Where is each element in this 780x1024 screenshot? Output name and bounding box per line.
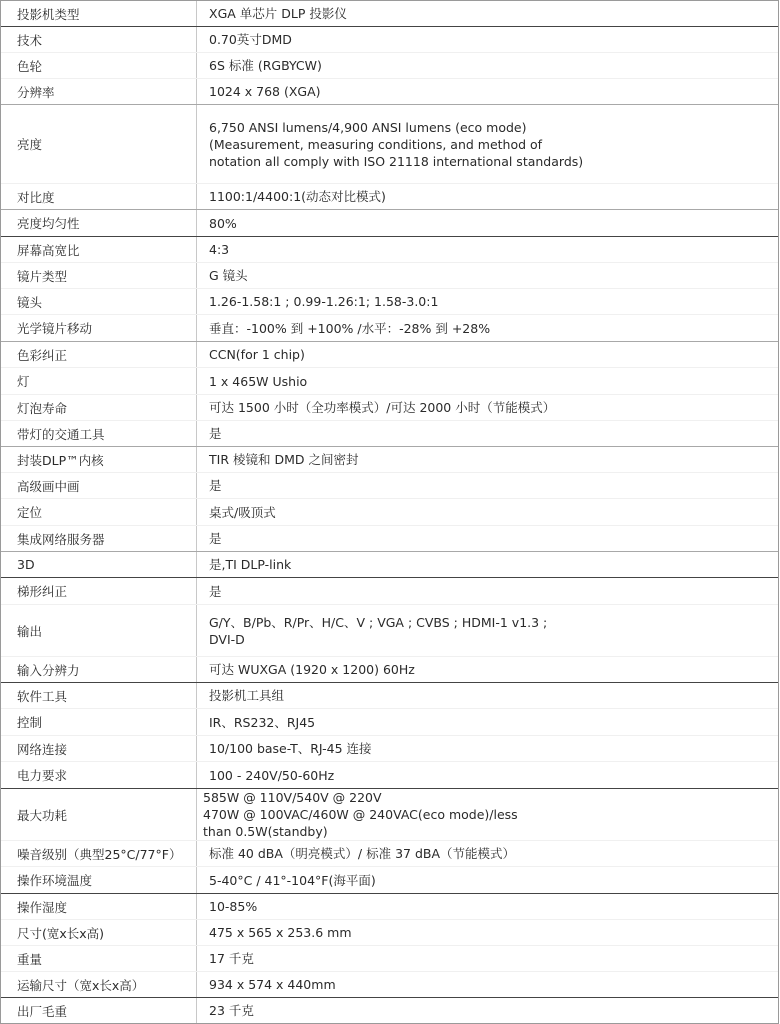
spec-value-line: CCN(for 1 chip) bbox=[209, 346, 305, 363]
spec-label: 出厂毛重 bbox=[1, 998, 197, 1023]
table-row: 定位桌式/吸顶式 bbox=[1, 499, 778, 526]
spec-value: 标准 40 dBA（明亮模式）/ 标准 37 dBA（节能模式） bbox=[197, 841, 778, 866]
spec-value-line: 可达 WUXGA (1920 x 1200) 60Hz bbox=[209, 661, 415, 678]
spec-label: 3D bbox=[1, 552, 197, 577]
spec-value-line: 是 bbox=[209, 477, 222, 494]
spec-value: 垂直：-100% 到 +100% /水平：-28% 到 +28% bbox=[197, 315, 778, 341]
table-row: 屏幕高宽比4:3 bbox=[1, 237, 778, 263]
table-row: 镜片类型G 镜头 bbox=[1, 263, 778, 289]
spec-label: 最大功耗 bbox=[1, 789, 197, 840]
spec-value: 475 x 565 x 253.6 mm bbox=[197, 920, 778, 945]
spec-value: 1.26-1.58:1 ; 0.99-1.26:1; 1.58-3.0:1 bbox=[197, 289, 778, 314]
spec-value-line: IR、RS232、RJ45 bbox=[209, 714, 315, 731]
spec-value-line: than 0.5W(standby) bbox=[203, 823, 518, 840]
spec-value: 934 x 574 x 440mm bbox=[197, 972, 778, 997]
spec-value-line: G/Y、B/Pb、R/Pr、H/C、V ; VGA ; CVBS ; HDMI-… bbox=[209, 614, 547, 631]
table-row: 光学镜片移动垂直：-100% 到 +100% /水平：-28% 到 +28% bbox=[1, 315, 778, 342]
table-row: 网络连接10/100 base-T、RJ-45 连接 bbox=[1, 736, 778, 762]
spec-value-line: 470W @ 100VAC/460W @ 240VAC(eco mode)/le… bbox=[203, 806, 518, 823]
table-row: 梯形纠正是 bbox=[1, 578, 778, 605]
spec-label: 技术 bbox=[1, 27, 197, 52]
spec-value: CCN(for 1 chip) bbox=[197, 342, 778, 367]
table-row: 封装DLP™内核TIR 棱镜和 DMD 之间密封 bbox=[1, 447, 778, 473]
spec-value: 1100:1/4400:1(动态对比模式) bbox=[197, 184, 778, 209]
spec-value-line: 10-85% bbox=[209, 898, 257, 915]
table-row: 软件工具投影机工具组 bbox=[1, 683, 778, 709]
spec-value: 585W @ 110V/540V @ 220V470W @ 100VAC/460… bbox=[197, 789, 778, 840]
table-row: 输出G/Y、B/Pb、R/Pr、H/C、V ; VGA ; CVBS ; HDM… bbox=[1, 605, 778, 657]
spec-label: 尺寸(宽x长x高) bbox=[1, 920, 197, 945]
table-row: 亮度均匀性80% bbox=[1, 210, 778, 237]
spec-value-line: 是,TI DLP-link bbox=[209, 556, 291, 573]
spec-label: 网络连接 bbox=[1, 736, 197, 761]
spec-value-line: 是 bbox=[209, 530, 222, 547]
spec-label: 重量 bbox=[1, 946, 197, 971]
table-row: 电力要求100 - 240V/50-60Hz bbox=[1, 762, 778, 789]
spec-value-line: 垂直：-100% 到 +100% /水平：-28% 到 +28% bbox=[209, 320, 490, 337]
spec-value-line: 可达 1500 小时（全功率模式）/可达 2000 小时（节能模式） bbox=[209, 399, 555, 416]
spec-label: 灯 bbox=[1, 368, 197, 394]
table-row: 出厂毛重23 千克 bbox=[1, 998, 778, 1023]
spec-label: 屏幕高宽比 bbox=[1, 237, 197, 262]
spec-label: 梯形纠正 bbox=[1, 578, 197, 604]
table-row: 亮度6,750 ANSI lumens/4,900 ANSI lumens (e… bbox=[1, 105, 778, 184]
spec-value: 是 bbox=[197, 473, 778, 498]
spec-value: 17 千克 bbox=[197, 946, 778, 971]
table-row: 技术0.70英寸DMD bbox=[1, 27, 778, 53]
spec-value-line: 585W @ 110V/540V @ 220V bbox=[203, 789, 518, 806]
spec-label: 对比度 bbox=[1, 184, 197, 209]
spec-value-line: 4:3 bbox=[209, 241, 229, 258]
spec-label: 分辨率 bbox=[1, 79, 197, 104]
spec-value-line: 是 bbox=[209, 583, 222, 600]
spec-label: 带灯的交通工具 bbox=[1, 421, 197, 446]
spec-value-line: 934 x 574 x 440mm bbox=[209, 976, 336, 993]
table-row: 噪音级别（典型25°C/77°F）标准 40 dBA（明亮模式）/ 标准 37 … bbox=[1, 841, 778, 867]
spec-label: 输出 bbox=[1, 605, 197, 656]
spec-value-line: 1 x 465W Ushio bbox=[209, 373, 307, 390]
spec-value-line: notation all comply with ISO 21118 inter… bbox=[209, 153, 583, 170]
table-row: 分辨率1024 x 768 (XGA) bbox=[1, 79, 778, 105]
spec-value: 1024 x 768 (XGA) bbox=[197, 79, 778, 104]
spec-label: 灯泡寿命 bbox=[1, 395, 197, 420]
spec-label: 操作湿度 bbox=[1, 894, 197, 919]
spec-value: 10-85% bbox=[197, 894, 778, 919]
spec-label: 封装DLP™内核 bbox=[1, 447, 197, 472]
table-row: 高级画中画是 bbox=[1, 473, 778, 499]
spec-label: 运输尺寸（宽x长x高） bbox=[1, 972, 197, 997]
spec-value: 是 bbox=[197, 421, 778, 446]
table-row: 重量17 千克 bbox=[1, 946, 778, 972]
spec-value: 投影机工具组 bbox=[197, 683, 778, 708]
spec-value-line: 100 - 240V/50-60Hz bbox=[209, 767, 334, 784]
spec-label: 亮度均匀性 bbox=[1, 210, 197, 236]
spec-label: 亮度 bbox=[1, 105, 197, 183]
table-row: 灯泡寿命可达 1500 小时（全功率模式）/可达 2000 小时（节能模式） bbox=[1, 395, 778, 421]
spec-value-line: 1.26-1.58:1 ; 0.99-1.26:1; 1.58-3.0:1 bbox=[209, 293, 438, 310]
spec-value: 可达 1500 小时（全功率模式）/可达 2000 小时（节能模式） bbox=[197, 395, 778, 420]
spec-value-line: 475 x 565 x 253.6 mm bbox=[209, 924, 352, 941]
spec-label: 光学镜片移动 bbox=[1, 315, 197, 341]
spec-value-line: 17 千克 bbox=[209, 950, 254, 967]
spec-label: 噪音级别（典型25°C/77°F） bbox=[1, 841, 197, 866]
spec-value: G 镜头 bbox=[197, 263, 778, 288]
spec-label: 投影机类型 bbox=[1, 1, 197, 26]
spec-value: 6,750 ANSI lumens/4,900 ANSI lumens (eco… bbox=[197, 105, 778, 183]
spec-value-line: 80% bbox=[209, 215, 237, 232]
table-row: 输入分辨力可达 WUXGA (1920 x 1200) 60Hz bbox=[1, 657, 778, 683]
spec-value-line: 6,750 ANSI lumens/4,900 ANSI lumens (eco… bbox=[209, 119, 583, 136]
spec-value-line: 桌式/吸顶式 bbox=[209, 504, 276, 521]
spec-value-line: G 镜头 bbox=[209, 267, 248, 284]
table-row: 灯1 x 465W Ushio bbox=[1, 368, 778, 395]
spec-value: 1 x 465W Ushio bbox=[197, 368, 778, 394]
spec-label: 色轮 bbox=[1, 53, 197, 78]
spec-value: 4:3 bbox=[197, 237, 778, 262]
spec-value: 6S 标准 (RGBYCW) bbox=[197, 53, 778, 78]
spec-label: 操作环境温度 bbox=[1, 867, 197, 893]
table-row: 投影机类型XGA 单芯片 DLP 投影仪 bbox=[1, 1, 778, 27]
spec-value-line: 标准 40 dBA（明亮模式）/ 标准 37 dBA（节能模式） bbox=[209, 845, 515, 862]
spec-value: 可达 WUXGA (1920 x 1200) 60Hz bbox=[197, 657, 778, 682]
spec-label: 电力要求 bbox=[1, 762, 197, 788]
spec-value: TIR 棱镜和 DMD 之间密封 bbox=[197, 447, 778, 472]
spec-label: 输入分辨力 bbox=[1, 657, 197, 682]
spec-label: 色彩纠正 bbox=[1, 342, 197, 367]
spec-value-line: TIR 棱镜和 DMD 之间密封 bbox=[209, 451, 358, 468]
spec-value: 是 bbox=[197, 578, 778, 604]
table-row: 3D是,TI DLP-link bbox=[1, 552, 778, 578]
spec-value: 80% bbox=[197, 210, 778, 236]
spec-label: 软件工具 bbox=[1, 683, 197, 708]
table-row: 操作环境温度5-40°C / 41°-104°F(海平面) bbox=[1, 867, 778, 894]
spec-label: 定位 bbox=[1, 499, 197, 525]
spec-value-line: 投影机工具组 bbox=[209, 687, 284, 704]
spec-value: 10/100 base-T、RJ-45 连接 bbox=[197, 736, 778, 761]
spec-value-line: 23 千克 bbox=[209, 1002, 254, 1019]
spec-value: 是,TI DLP-link bbox=[197, 552, 778, 577]
table-row: 色彩纠正CCN(for 1 chip) bbox=[1, 342, 778, 368]
spec-value: 0.70英寸DMD bbox=[197, 27, 778, 52]
spec-value-line: 1024 x 768 (XGA) bbox=[209, 83, 321, 100]
spec-label: 镜片类型 bbox=[1, 263, 197, 288]
table-row: 对比度1100:1/4400:1(动态对比模式) bbox=[1, 184, 778, 210]
spec-value: XGA 单芯片 DLP 投影仪 bbox=[197, 1, 778, 26]
table-row: 集成网络服务器是 bbox=[1, 526, 778, 552]
spec-value: 是 bbox=[197, 526, 778, 551]
table-row: 操作湿度10-85% bbox=[1, 894, 778, 920]
table-row: 尺寸(宽x长x高)475 x 565 x 253.6 mm bbox=[1, 920, 778, 946]
table-row: 带灯的交通工具是 bbox=[1, 421, 778, 447]
table-row: 色轮6S 标准 (RGBYCW) bbox=[1, 53, 778, 79]
spec-label: 高级画中画 bbox=[1, 473, 197, 498]
spec-value: 桌式/吸顶式 bbox=[197, 499, 778, 525]
spec-value-line: (Measurement, measuring conditions, and … bbox=[209, 136, 583, 153]
spec-value-line: DVI-D bbox=[209, 631, 547, 648]
spec-value: 100 - 240V/50-60Hz bbox=[197, 762, 778, 788]
spec-value-line: 10/100 base-T、RJ-45 连接 bbox=[209, 740, 372, 757]
table-row: 控制IR、RS232、RJ45 bbox=[1, 709, 778, 736]
spec-label: 镜头 bbox=[1, 289, 197, 314]
spec-label: 控制 bbox=[1, 709, 197, 735]
spec-value: 5-40°C / 41°-104°F(海平面) bbox=[197, 867, 778, 893]
spec-value-line: 0.70英寸DMD bbox=[209, 31, 292, 48]
table-row: 最大功耗585W @ 110V/540V @ 220V470W @ 100VAC… bbox=[1, 789, 778, 841]
spec-value-line: 1100:1/4400:1(动态对比模式) bbox=[209, 188, 386, 205]
spec-value: IR、RS232、RJ45 bbox=[197, 709, 778, 735]
spec-value-line: 5-40°C / 41°-104°F(海平面) bbox=[209, 872, 376, 889]
spec-label: 集成网络服务器 bbox=[1, 526, 197, 551]
spec-value-line: 是 bbox=[209, 425, 222, 442]
spec-table: 投影机类型XGA 单芯片 DLP 投影仪技术0.70英寸DMD色轮6S 标准 (… bbox=[0, 0, 779, 1024]
table-row: 镜头1.26-1.58:1 ; 0.99-1.26:1; 1.58-3.0:1 bbox=[1, 289, 778, 315]
spec-value: G/Y、B/Pb、R/Pr、H/C、V ; VGA ; CVBS ; HDMI-… bbox=[197, 605, 778, 656]
spec-value-line: 6S 标准 (RGBYCW) bbox=[209, 57, 322, 74]
table-row: 运输尺寸（宽x长x高）934 x 574 x 440mm bbox=[1, 972, 778, 998]
spec-value: 23 千克 bbox=[197, 998, 778, 1023]
spec-value-line: XGA 单芯片 DLP 投影仪 bbox=[209, 5, 347, 22]
